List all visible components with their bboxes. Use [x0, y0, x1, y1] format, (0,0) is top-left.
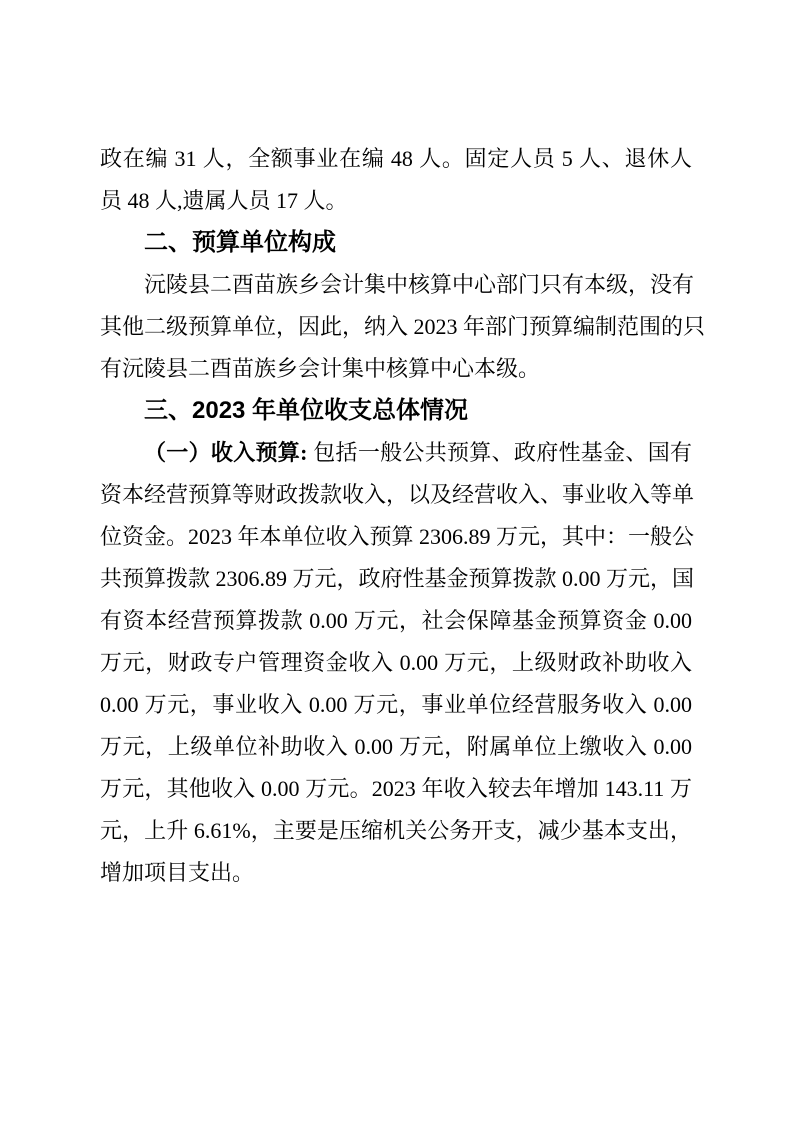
- text-line: 万元，其他收入 0.00 万元。2023 年收入较去年增加 143.11 万: [100, 768, 692, 810]
- line-text: 有资本经营预算拨款 0.00 万元，社会保障基金预算资金 0.00: [100, 608, 692, 633]
- line-text: 增加项目支出。: [100, 860, 254, 885]
- document-body: 政在编 31 人，全额事业在编 48 人。固定人员 5 人、退休人员 48 人,…: [100, 138, 692, 894]
- text-line: 万元，财政专户管理资金收入 0.00 万元，上级财政补助收入: [100, 642, 692, 684]
- line-text: 其他二级预算单位，因此，纳入 2023 年部门预算编制范围的只: [100, 314, 705, 339]
- text-line: 沅陵县二酉苗族乡会计集中核算中心部门只有本级，没有: [100, 264, 692, 306]
- text-line: 0.00 万元，事业收入 0.00 万元，事业单位经营服务收入 0.00: [100, 684, 692, 726]
- line-lead: （一）收入预算:: [144, 440, 307, 465]
- text-line: 三、2023 年单位收支总体情况: [100, 390, 692, 432]
- text-line: 资本经营预算等财政拨款收入，以及经营收入、事业收入等单: [100, 474, 692, 516]
- line-text: 万元，财政专户管理资金收入 0.00 万元，上级财政补助收入: [100, 650, 692, 675]
- document-page: 政在编 31 人，全额事业在编 48 人。固定人员 5 人、退休人员 48 人,…: [0, 0, 793, 1122]
- line-text: 元，上升 6.61%，主要是压缩机关公务开支，减少基本支出，: [100, 818, 692, 843]
- line-text: 万元，其他收入 0.00 万元。2023 年收入较去年增加 143.11 万: [100, 776, 692, 801]
- text-line: 二、预算单位构成: [100, 222, 692, 264]
- text-line: 元，上升 6.61%，主要是压缩机关公务开支，减少基本支出，: [100, 810, 692, 852]
- line-text: 共预算拨款 2306.89 万元，政府性基金预算拨款 0.00 万元，国: [100, 566, 694, 591]
- text-line: 政在编 31 人，全额事业在编 48 人。固定人员 5 人、退休人: [100, 138, 692, 180]
- text-line: 增加项目支出。: [100, 852, 692, 894]
- line-text: 万元，上级单位补助收入 0.00 万元，附属单位上缴收入 0.00: [100, 734, 692, 759]
- text-line: 员 48 人,遗属人员 17 人。: [100, 180, 692, 222]
- line-text: 资本经营预算等财政拨款收入，以及经营收入、事业收入等单: [100, 482, 694, 507]
- text-line: 其他二级预算单位，因此，纳入 2023 年部门预算编制范围的只: [100, 306, 692, 348]
- line-text: 二、预算单位构成: [144, 229, 336, 256]
- line-text: 政在编 31 人，全额事业在编 48 人。固定人员 5 人、退休人: [100, 146, 692, 171]
- text-line: 共预算拨款 2306.89 万元，政府性基金预算拨款 0.00 万元，国: [100, 558, 692, 600]
- line-text: 有沅陵县二酉苗族乡会计集中核算中心本级。: [100, 356, 540, 381]
- text-line: （一）收入预算: 包括一般公共预算、政府性基金、国有: [100, 432, 692, 474]
- text-line: 位资金。2023 年本单位收入预算 2306.89 万元，其中：一般公: [100, 516, 692, 558]
- line-text: 0.00 万元，事业收入 0.00 万元，事业单位经营服务收入 0.00: [100, 692, 692, 717]
- line-text: 包括一般公共预算、政府性基金、国有: [307, 440, 692, 465]
- text-line: 有资本经营预算拨款 0.00 万元，社会保障基金预算资金 0.00: [100, 600, 692, 642]
- text-line: 万元，上级单位补助收入 0.00 万元，附属单位上缴收入 0.00: [100, 726, 692, 768]
- line-text: 员 48 人,遗属人员 17 人。: [100, 188, 348, 213]
- text-line: 有沅陵县二酉苗族乡会计集中核算中心本级。: [100, 348, 692, 390]
- line-text: 位资金。2023 年本单位收入预算 2306.89 万元，其中：一般公: [100, 524, 694, 549]
- line-text: 沅陵县二酉苗族乡会计集中核算中心部门只有本级，没有: [144, 272, 694, 297]
- line-text: 三、2023 年单位收支总体情况: [144, 397, 468, 424]
